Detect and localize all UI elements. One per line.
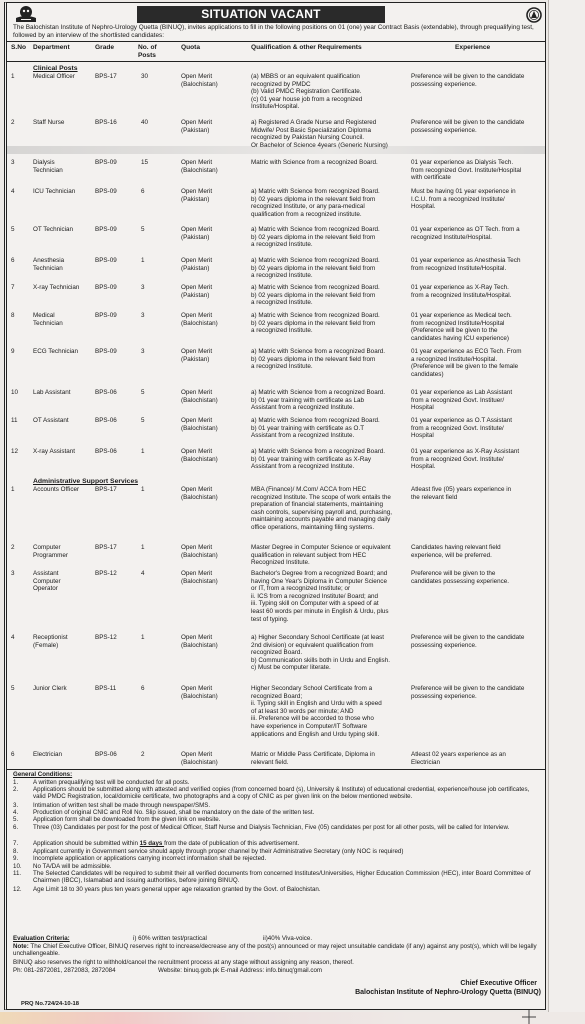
cell-quota: Open Merit(Pakistan) [181, 348, 212, 363]
cell-department: OT Assistant [33, 417, 69, 425]
intro-paragraph: The Balochistan Institute of Nephro-Urol… [13, 24, 543, 40]
evaluation-item-viva: ii)40% Viva-voice. [263, 935, 312, 942]
prq-number: PRQ No.724/24-10-18 [21, 1001, 79, 1007]
newspaper-bottom-strip [0, 1012, 585, 1024]
note-label: Note: [13, 943, 29, 950]
cell-quota: Open Merit(Pakistan) [181, 284, 212, 299]
header-sno: S.No [11, 44, 26, 52]
adjacent-newspaper-column [548, 0, 585, 1024]
cell-sno: 6 [11, 257, 15, 265]
cell-department: AnesthesiaTechnician [33, 257, 64, 272]
crop-mark-icon [522, 1010, 536, 1024]
cell-qualification: a) Higher Secondary School Certificate (… [251, 634, 390, 672]
cell-department: AssistantComputerOperator [33, 570, 61, 593]
cell-posts: 1 [141, 544, 145, 552]
header-grade: Grade [95, 44, 114, 52]
cell-posts: 5 [141, 226, 145, 234]
cell-experience: Preference will be given to the candidat… [411, 685, 524, 700]
note-text: The Chief Executive Officer, BINUQ reser… [13, 943, 537, 957]
cell-quota: Open Merit(Balochistan) [181, 634, 218, 649]
cell-posts: 3 [141, 312, 145, 320]
cell-quota: Open Merit(Balochistan) [181, 312, 218, 327]
condition-number: 2. [13, 786, 18, 793]
cell-experience: 01 year experience as Dialysis Tech.from… [411, 159, 521, 182]
cell-grade: BPS-09 [95, 284, 117, 292]
cell-posts: 40 [141, 119, 148, 127]
cell-experience: Preference will be given to the candidat… [411, 73, 524, 88]
cell-sno: 8 [11, 312, 15, 320]
cell-grade: BPS-09 [95, 226, 117, 234]
cell-experience: 01 year experience as O.T Assistantfrom … [411, 417, 512, 440]
cell-sno: 2 [11, 544, 15, 552]
cell-department: X-ray Technician [33, 284, 79, 292]
cell-department: OT Technician [33, 226, 73, 234]
signature-title: Chief Executive Officer [460, 980, 537, 987]
cell-sno: 6 [11, 751, 15, 759]
cell-sno: 1 [11, 73, 15, 81]
cell-experience: Preference will be given to the candidat… [411, 119, 524, 134]
cell-posts: 5 [141, 417, 145, 425]
cell-qualification: Matric or Middle Pass Certificate, Diplo… [251, 751, 375, 766]
cell-qualification: Bachelor's Degree from a recognized Boar… [251, 570, 389, 623]
cell-quota: Open Merit(Pakistan) [181, 257, 212, 272]
cell-quota: Open Merit(Balochistan) [181, 751, 218, 766]
cell-sno: 9 [11, 348, 15, 356]
condition-number: 6. [13, 824, 18, 831]
cell-sno: 4 [11, 188, 15, 196]
cell-grade: BPS-06 [95, 417, 117, 425]
condition-number: 9. [13, 855, 18, 862]
cell-sno: 7 [11, 284, 15, 292]
table-header: S.No Department Grade No. of Posts Quota… [7, 41, 545, 62]
condition-text: Incomplete application or applications c… [33, 855, 543, 862]
cell-department: DialysisTechnician [33, 159, 63, 174]
cell-sno: 5 [11, 226, 15, 234]
cell-posts: 1 [141, 634, 145, 642]
condition-number: 7. [13, 840, 18, 847]
cell-experience: Preference will be given to the candidat… [411, 570, 509, 585]
cell-posts: 15 [141, 159, 148, 167]
condition-text: Age Limit 18 to 30 years plus ten years … [33, 886, 543, 893]
condition-number: 11. [13, 870, 21, 877]
cell-posts: 3 [141, 348, 145, 356]
condition-text: Applications should be submitted along w… [33, 786, 543, 801]
table-bottom-rule [7, 769, 545, 770]
cell-department: Lab Assistant [33, 389, 70, 397]
cell-grade: BPS-06 [95, 751, 117, 759]
condition-text: Three (03) Candidates per post for the p… [33, 824, 543, 831]
cell-quota: Open Merit(Balochistan) [181, 544, 218, 559]
job-advertisement: SITUATION VACANT The Balochistan Institu… [4, 2, 546, 1010]
cell-experience: Candidates having relevant fieldexperien… [411, 544, 501, 559]
general-conditions-title: General Conditions: [13, 771, 543, 778]
cell-quota: Open Merit(Balochistan) [181, 685, 218, 700]
contact-line: Ph: 081-2872081, 2872083, 2872084 Websit… [13, 967, 543, 974]
cell-quota: Open Merit(Balochistan) [181, 159, 218, 174]
header-quota: Quota [181, 44, 200, 52]
cell-sno: 3 [11, 159, 15, 167]
cell-qualification: Master Degree in Computer Science or equ… [251, 544, 391, 567]
cell-grade: BPS-17 [95, 544, 117, 552]
cell-qualification: Matric with Science from a recognized Bo… [251, 159, 378, 167]
cell-grade: BPS-09 [95, 257, 117, 265]
cell-grade: BPS-06 [95, 448, 117, 456]
cell-department: ECG Technician [33, 348, 78, 356]
cell-grade: BPS-12 [95, 570, 117, 578]
cell-posts: 30 [141, 73, 148, 81]
cell-sno: 11 [11, 417, 18, 425]
cell-qualification: MBA (Finance)/ M.Com/ ACCA from HECrecog… [251, 486, 392, 532]
cell-department: Staff Nurse [33, 119, 64, 127]
cell-qualification: a) Matric with Science from recognized B… [251, 284, 380, 307]
cell-sno: 5 [11, 685, 15, 693]
cell-experience: Must be having 01 year experience inI.C.… [411, 188, 516, 211]
cell-sno: 1 [11, 486, 15, 494]
cell-qualification: a) Matric with Science from a recognized… [251, 389, 385, 412]
cell-qualification: (a) MBBS or an equivalent qualificationr… [251, 73, 362, 111]
cell-quota: Open Merit(Balochistan) [181, 570, 218, 585]
cell-department: Electrician [33, 751, 62, 759]
cell-quota: Open Merit(Balochistan) [181, 389, 218, 404]
cell-qualification: a) Matric with Science from recognized B… [251, 226, 380, 249]
evaluation-item-written: i) 60% written test/practical [133, 935, 207, 942]
cell-grade: BPS-16 [95, 119, 117, 127]
cell-qualification: Higher Secondary School Certificate from… [251, 685, 382, 738]
evaluation-label: Evaluation Criteria: [13, 935, 70, 942]
cell-department: Junior Clerk [33, 685, 67, 693]
cell-department: X-ray Assistant [33, 448, 75, 456]
section-title: Clinical Posts [33, 65, 78, 72]
cell-experience: 01 year experience as OT Tech. from arec… [411, 226, 520, 241]
cell-department: Accounts Officer [33, 486, 79, 494]
cell-posts: 1 [141, 448, 145, 456]
cell-experience: Atleast five (05) years experience inthe… [411, 486, 511, 501]
government-seal-icon [526, 7, 542, 23]
note-paragraph: Note: The Chief Executive Officer, BINUQ… [13, 943, 543, 958]
header-qualification: Qualification & other Requirements [251, 44, 362, 52]
signature-organization: Balochistan Institute of Nephro-Urology … [355, 989, 541, 996]
cell-quota: Open Merit(Balochistan) [181, 417, 218, 432]
cell-sno: 3 [11, 570, 15, 578]
header-department: Department [33, 44, 70, 52]
cell-qualification: a) Matric with Science from recognized B… [251, 417, 380, 440]
header-posts: No. of Posts [138, 44, 157, 60]
institute-emblem-icon [15, 5, 37, 23]
cell-qualification: a) Matric with Science from a recognized… [251, 448, 385, 471]
cell-grade: BPS-12 [95, 634, 117, 642]
cell-quota: Open Merit(Balochistan) [181, 73, 218, 88]
cell-posts: 1 [141, 257, 145, 265]
cell-experience: 01 year experience as X-Ray Tech.from a … [411, 284, 511, 299]
cell-grade: BPS-09 [95, 348, 117, 356]
cell-experience: 01 year experience as X-Ray Assistantfro… [411, 448, 519, 471]
phone-numbers: Ph: 081-2872081, 2872083, 2872084 [13, 967, 116, 974]
cell-department: ComputerProgrammer [33, 544, 68, 559]
cell-quota: Open Merit(Pakistan) [181, 119, 212, 134]
cell-posts: 1 [141, 486, 145, 494]
cell-experience: 01 year experience as Lab Assistantfrom … [411, 389, 512, 412]
condition-text: Application should be submitted within 1… [33, 840, 543, 847]
general-conditions-heading: General Conditions: [13, 771, 72, 778]
condition-number: 12. [13, 886, 22, 893]
cell-grade: BPS-09 [95, 312, 117, 320]
cell-qualification: a) Matric with Science from a recognized… [251, 348, 385, 371]
cell-qualification: a) Matric with Science from recognized B… [251, 312, 380, 335]
reserve-paragraph: BINUQ also reserves the right to withhol… [13, 959, 543, 966]
section-title: Administrative Support Services [33, 478, 138, 485]
deadline-emphasis: 15 days [140, 840, 164, 847]
cell-grade: BPS-06 [95, 389, 117, 397]
cell-posts: 4 [141, 570, 145, 578]
cell-department: ICU Technician [33, 188, 75, 196]
cell-qualification: a) Matric with Science from recognized B… [251, 257, 380, 280]
cell-posts: 5 [141, 389, 145, 397]
cell-grade: BPS-17 [95, 73, 117, 81]
cell-grade: BPS-09 [95, 159, 117, 167]
cell-posts: 6 [141, 685, 145, 693]
cell-quota: Open Merit(Balochistan) [181, 448, 218, 463]
cell-sno: 2 [11, 119, 15, 127]
website-email: Website: binuq.gob.pk E-mail Address: in… [158, 967, 322, 974]
cell-sno: 10 [11, 389, 18, 397]
condition-text: Application form shall be downloaded fro… [33, 816, 543, 823]
cell-quota: Open Merit(Pakistan) [181, 226, 212, 241]
cell-department: MedicalTechnician [33, 312, 63, 327]
condition-number: 5. [13, 816, 18, 823]
cell-experience: Atleast 02 years experience as anElectri… [411, 751, 506, 766]
cell-posts: 6 [141, 188, 145, 196]
cell-grade: BPS-17 [95, 486, 117, 494]
cell-experience: Preference will be given to the candidat… [411, 634, 524, 649]
header-posts-line1: No. of [138, 44, 157, 51]
cell-department: Receptionist(Female) [33, 634, 68, 649]
cell-experience: 01 year experience as Medical tech.from … [411, 312, 512, 342]
cell-qualification: a) Registered A Grade Nurse and Register… [251, 119, 388, 149]
cell-department: Medical Officer [33, 73, 75, 81]
condition-text: The Selected Candidates will be required… [33, 870, 543, 885]
cell-quota: Open Merit(Balochistan) [181, 486, 218, 501]
cell-quota: Open Merit(Pakistan) [181, 188, 212, 203]
cell-grade: BPS-09 [95, 188, 117, 196]
cell-experience: 01 year experience as ECG Tech. Froma re… [411, 348, 521, 378]
cell-sno: 4 [11, 634, 15, 642]
cell-grade: BPS-11 [95, 685, 116, 693]
cell-sno: 12 [11, 448, 18, 456]
header-experience: Experience [455, 44, 490, 52]
cell-qualification: a) Matric with Science from recognized B… [251, 188, 380, 218]
cell-posts: 3 [141, 284, 145, 292]
header-posts-line2: Posts [138, 52, 156, 59]
cell-posts: 2 [141, 751, 145, 759]
print-smudge [7, 146, 545, 154]
evaluation-criteria: Evaluation Criteria: i) 60% written test… [13, 935, 543, 942]
page-title: SITUATION VACANT [137, 6, 385, 23]
cell-experience: 01 year experience as Anesthesia Techfro… [411, 257, 520, 272]
